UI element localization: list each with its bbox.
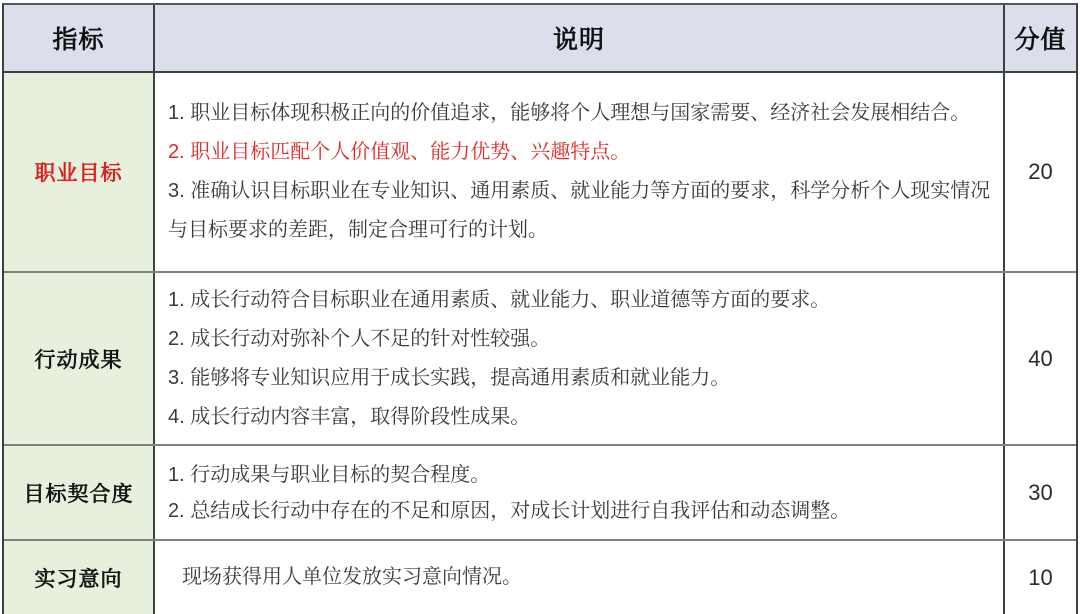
description-line: 4. 成长行动内容丰富，取得阶段性成果。: [168, 398, 993, 437]
score-value: 30: [1028, 480, 1052, 506]
description-cell: 1. 职业目标体现积极正向的价值追求，能够将个人理想与国家需要、经济社会发展相结…: [155, 73, 1005, 271]
description-line: 3. 准确认识目标职业在专业知识、通用素质、就业能力等方面的要求，科学分析个人现…: [168, 172, 993, 250]
description-line: 2. 总结成长行动中存在的不足和原因，对成长计划进行自我评估和动态调整。: [168, 493, 993, 529]
description-text-block: 1. 职业目标体现积极正向的价值追求，能够将个人理想与国家需要、经济社会发展相结…: [168, 94, 993, 250]
indicator-cell: 实习意向: [4, 541, 155, 608]
header-cell-description: 说明: [155, 5, 1005, 71]
score-cell: 20: [1005, 73, 1076, 271]
score-cell: 40: [1005, 273, 1076, 444]
description-cell: 现场获得用人单位发放实习意向情况。: [155, 541, 1005, 608]
header-indicator-label: 指标: [52, 20, 104, 56]
table-row-goal-fit: 目标契合度 1. 行动成果与职业目标的契合程度。 2. 总结成长行动中存在的不足…: [4, 444, 1076, 539]
header-cell-indicator: 指标: [4, 5, 155, 71]
header-score-label: 分值: [1014, 20, 1066, 56]
row-label-career-goal: 职业目标: [35, 157, 123, 187]
description-line: 1. 成长行动符合目标职业在通用素质、就业能力、职业道德等方面的要求。: [168, 281, 993, 320]
description-line: 3. 能够将专业知识应用于成长实践，提高通用素质和就业能力。: [168, 359, 993, 398]
description-text-block: 1. 成长行动符合目标职业在通用素质、就业能力、职业道德等方面的要求。 2. 成…: [168, 281, 993, 437]
row-label-internship-intent: 实习意向: [35, 563, 123, 593]
header-description-label: 说明: [553, 20, 605, 56]
table-header-row: 指标 说明 分值: [4, 5, 1076, 71]
score-cell: 30: [1005, 446, 1076, 539]
header-cell-score: 分值: [1005, 5, 1076, 71]
indicator-cell: 职业目标: [4, 73, 155, 271]
evaluation-score-table: 指标 说明 分值 职业目标 1. 职业目标体现积极正向的价值追求，能够将个人理想…: [2, 3, 1078, 608]
score-cell: 10: [1005, 541, 1076, 608]
page-canvas: 指标 说明 分值 职业目标 1. 职业目标体现积极正向的价值追求，能够将个人理想…: [0, 0, 1080, 608]
table-row-action-results: 行动成果 1. 成长行动符合目标职业在通用素质、就业能力、职业道德等方面的要求。…: [4, 271, 1076, 444]
description-text-block: 现场获得用人单位发放实习意向情况。: [168, 558, 993, 597]
description-line: 现场获得用人单位发放实习意向情况。: [168, 558, 993, 597]
row-label-action-results: 行动成果: [35, 344, 123, 374]
description-line-red: 2. 职业目标匹配个人价值观、能力优势、兴趣特点。: [168, 133, 993, 172]
description-line: 2. 成长行动对弥补个人不足的针对性较强。: [168, 320, 993, 359]
description-cell: 1. 行动成果与职业目标的契合程度。 2. 总结成长行动中存在的不足和原因，对成…: [155, 446, 1005, 539]
score-value: 10: [1028, 565, 1052, 591]
table-row-career-goal: 职业目标 1. 职业目标体现积极正向的价值追求，能够将个人理想与国家需要、经济社…: [4, 71, 1076, 271]
table-row-internship-intent: 实习意向 现场获得用人单位发放实习意向情况。 10: [4, 539, 1076, 608]
description-line: 1. 行动成果与职业目标的契合程度。: [168, 457, 993, 493]
score-value: 40: [1028, 346, 1052, 372]
indicator-cell: 行动成果: [4, 273, 155, 444]
description-text-block: 1. 行动成果与职业目标的契合程度。 2. 总结成长行动中存在的不足和原因，对成…: [168, 457, 993, 529]
description-line: 1. 职业目标体现积极正向的价值追求，能够将个人理想与国家需要、经济社会发展相结…: [168, 94, 993, 133]
score-value: 20: [1028, 159, 1052, 185]
description-cell: 1. 成长行动符合目标职业在通用素质、就业能力、职业道德等方面的要求。 2. 成…: [155, 273, 1005, 444]
row-label-goal-fit: 目标契合度: [24, 478, 134, 508]
indicator-cell: 目标契合度: [4, 446, 155, 539]
